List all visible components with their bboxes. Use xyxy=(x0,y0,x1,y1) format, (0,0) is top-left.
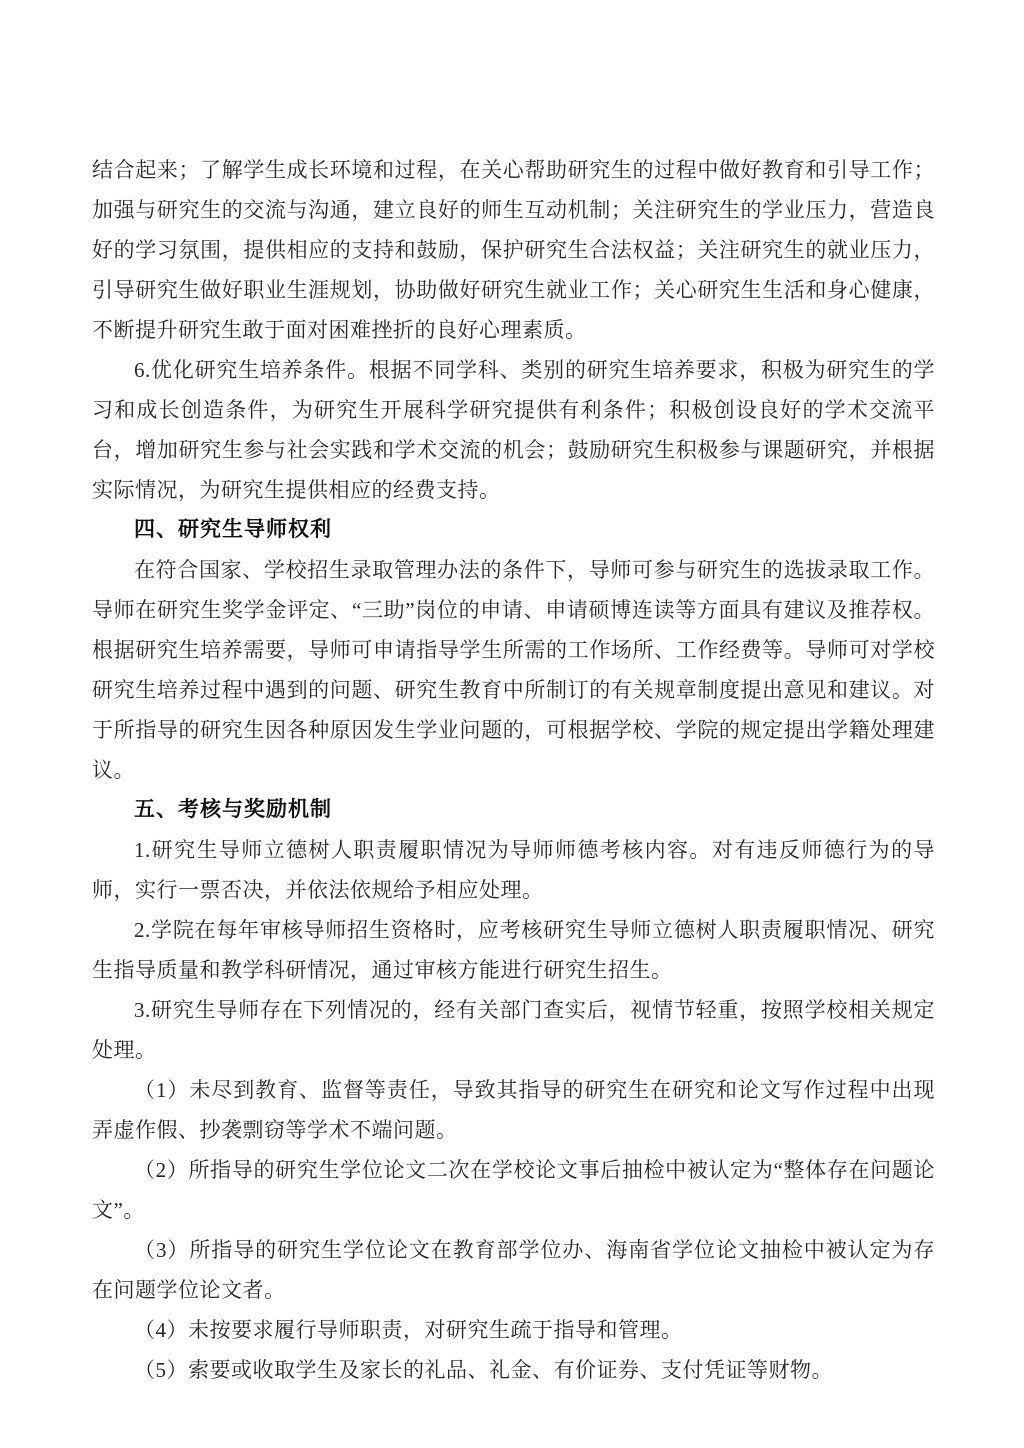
paragraph-point-1: 1.研究生导师立德树人职责履职情况为导师师德考核内容。对有违反师德行为的导师，实… xyxy=(92,830,935,910)
paragraph-subpoint-1: （1）未尽到教育、监督等责任，导致其指导的研究生在研究和论文写作过程中出现弄虚作… xyxy=(92,1070,935,1150)
heading-section-5-assessment-reward: 五、考核与奖励机制 xyxy=(92,790,935,830)
paragraph-subpoint-5: （5）索要或收取学生及家长的礼品、礼金、有价证券、支付凭证等财物。 xyxy=(92,1350,935,1390)
paragraph-subpoint-2: （2）所指导的研究生学位论文二次在学校论文事后抽检中被认定为“整体存在问题论文”… xyxy=(92,1150,935,1230)
paragraph-section-4-body: 在符合国家、学校招生录取管理办法的条件下，导师可参与研究生的选拔录取工作。导师在… xyxy=(92,550,935,790)
document-page: 结合起来；了解学生成长环境和过程，在关心帮助研究生的过程中做好教育和引导工作；加… xyxy=(0,0,1024,1448)
heading-section-4-advisor-rights: 四、研究生导师权利 xyxy=(92,510,935,550)
paragraph-page-continuation: 结合起来；了解学生成长环境和过程，在关心帮助研究生的过程中做好教育和引导工作；加… xyxy=(92,150,935,350)
document-body: 结合起来；了解学生成长环境和过程，在关心帮助研究生的过程中做好教育和引导工作；加… xyxy=(92,150,935,1390)
paragraph-point-3: 3.研究生导师存在下列情况的，经有关部门查实后，视情节轻重，按照学校相关规定处理… xyxy=(92,990,935,1070)
paragraph-subpoint-3: （3）所指导的研究生学位论文在教育部学位办、海南省学位论文抽检中被认定为存在问题… xyxy=(92,1230,935,1310)
paragraph-point-2: 2.学院在每年审核导师招生资格时，应考核研究生导师立德树人职责履职情况、研究生指… xyxy=(92,910,935,990)
paragraph-subpoint-4: （4）未按要求履行导师职责，对研究生疏于指导和管理。 xyxy=(92,1310,935,1350)
paragraph-point-6: 6.优化研究生培养条件。根据不同学科、类别的研究生培养要求，积极为研究生的学习和… xyxy=(92,350,935,510)
